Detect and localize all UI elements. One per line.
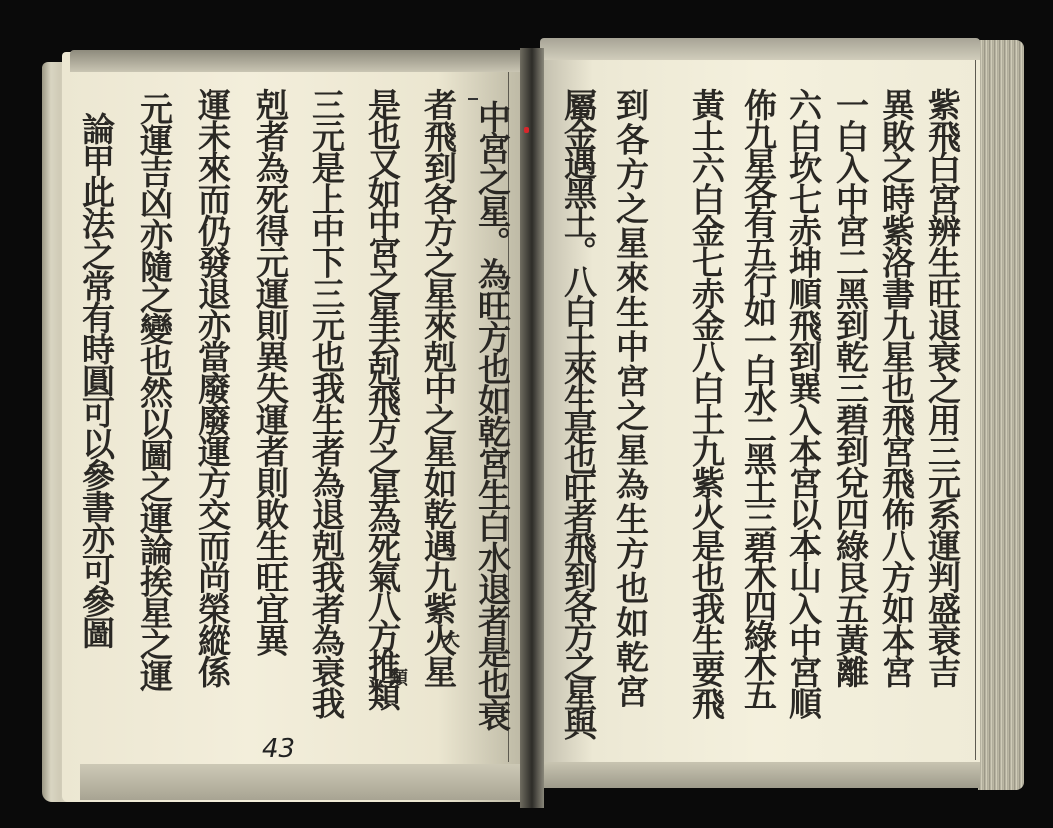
left-page-column-2: 者飛到各方之星來剋中之星如乾遇九紫火星 [418,88,458,687]
right-page-column-8: 屬金遇黑土。八白土來生是也旺者飛到各方之星與 [558,88,598,737]
right-page-block-edge [978,40,1024,790]
red-ink-mark [524,127,529,133]
margin-annotation-lei: 類 [384,668,410,686]
right-page-column-2: 異敗之時紫洛書九星也飛宮飛佈八方如本宮 [876,88,916,687]
right-page-frame-line [975,60,976,760]
right-page-column-3: 一白入中宮二黑到乾三碧到兌四綠艮五黃離 [830,88,870,687]
right-page-column-7: 到各方之星來生中宮之星為生方也如乾宮 [610,88,650,709]
open-book: 紫飛白宮辨生旺退衰之用三元系運判盛衰吉 異敗之時紫洛書九星也飛宮飛佈八方如本宮 … [0,0,1053,828]
right-page-bottom-shadow [540,762,980,788]
right-page-column-6: 黃土六白金七赤金八白土九紫火是也我生要飛 [686,88,726,718]
left-page-column-4: 三元是上中下三元也我生者為退剋我者為衰我 [306,88,346,718]
right-page-column-4: 六白坎七赤坤順飛到巽入本宮以本山入中宮順 [783,88,823,718]
left-page [62,52,532,802]
left-page-bottom-shadow [80,764,530,800]
page-number: 43 [262,734,295,764]
left-page-column-5: 剋者為死得元運則異失運者則敗生旺宜異 [250,88,290,655]
left-page-column-3: 是也又如中宮之星去剋飛方之星為死氣八方推類 [362,88,402,708]
margin-annotation-da: 大 [436,630,462,648]
left-page-column-8: 論甲此法之常有時圓可以參書亦可參圖 [76,112,116,648]
left-page-column-1: 中宮之星。為旺方也如乾宮生白水退者是也衰 [472,100,512,730]
left-page-column-7: 元運吉凶亦隨之變也然以圖之運論挨星之運 [134,92,174,691]
right-page-top-shadow [540,38,980,60]
left-page-top-shadow [70,50,530,72]
right-page-column-5: 佈九星各有五行如一白水二黑土三碧木四綠木五 [738,88,778,708]
right-page-column-1: 紫飛白宮辨生旺退衰之用三元系運判盛衰吉 [922,88,962,687]
book-gutter [520,48,544,808]
left-page-column-6: 運未來而仍發退亦當廢廢運方交而尚榮縱係 [192,88,232,687]
